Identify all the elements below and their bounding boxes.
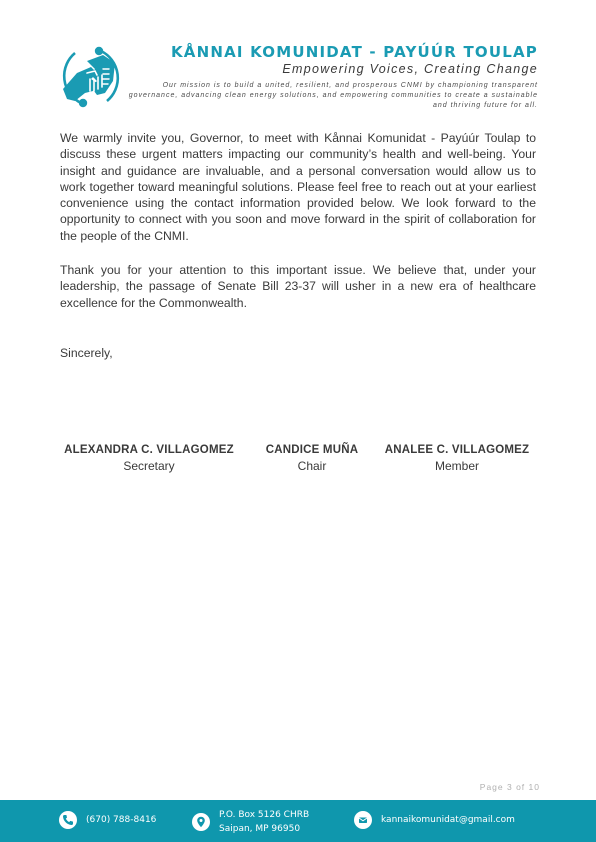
contact-footer: (670) 788-8416 P.O. Box 5126 CHRB Saipan… xyxy=(0,800,596,842)
page-indicator: Page 3 of 10 xyxy=(480,782,540,792)
phone-icon xyxy=(59,811,77,829)
signatory-role: Secretary xyxy=(60,459,238,473)
email-address: kannaikomunidat@gmail.com xyxy=(381,815,515,825)
signatory-name: ALEXANDRA C. VILLAGOMEZ xyxy=(60,444,238,456)
signatory: CANDICE MUÑA Chair xyxy=(262,444,362,473)
map-pin-icon xyxy=(192,813,210,831)
address-line-1: P.O. Box 5126 CHRB xyxy=(219,808,309,822)
letter-closing: Sincerely, xyxy=(60,346,113,360)
footer-address: P.O. Box 5126 CHRB Saipan, MP 96950 xyxy=(192,808,309,836)
letter-paragraph: Thank you for your attention to this imp… xyxy=(60,262,536,311)
letter-paragraph: We warmly invite you, Governor, to meet … xyxy=(60,130,536,244)
signatory-name: CANDICE MUÑA xyxy=(262,444,362,456)
footer-phone[interactable]: (670) 788-8416 xyxy=(59,811,156,829)
signatory-role: Member xyxy=(380,459,534,473)
organization-name: KÅNNAI KOMUNIDAT - PAYÚÚR TOULAP xyxy=(171,43,538,61)
signatory-name: ANALEE C. VILLAGOMEZ xyxy=(380,444,534,456)
address-line-2: Saipan, MP 96950 xyxy=(219,822,309,836)
signatory: ALEXANDRA C. VILLAGOMEZ Secretary xyxy=(60,444,238,473)
footer-email[interactable]: kannaikomunidat@gmail.com xyxy=(354,811,515,829)
phone-number: (670) 788-8416 xyxy=(86,815,156,825)
tagline: Empowering Voices, Creating Change xyxy=(282,62,538,76)
mission-statement: Our mission is to build a united, resili… xyxy=(118,81,538,111)
handshake-circle-icon xyxy=(57,43,125,111)
signatory-role: Chair xyxy=(262,459,362,473)
envelope-icon xyxy=(354,811,372,829)
letterhead: KÅNNAI KOMUNIDAT - PAYÚÚR TOULAP Empower… xyxy=(0,0,596,120)
signatory: ANALEE C. VILLAGOMEZ Member xyxy=(380,444,534,473)
